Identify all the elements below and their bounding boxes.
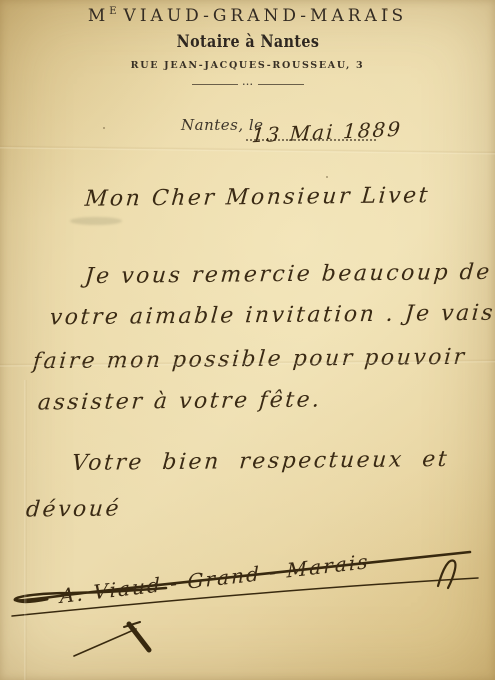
letter-page: MEVIAUD-GRAND-MARAIS Notaire à Nantes RU… <box>0 0 495 680</box>
divider-dots-ornament: ··· <box>242 80 253 88</box>
paper-speck <box>385 8 388 11</box>
paper-speck <box>103 127 105 129</box>
fold-crease-vertical <box>24 380 27 680</box>
ink-smudge <box>70 217 122 225</box>
letterhead-title: Notaire à Nantes <box>176 32 319 52</box>
letterhead-title-row: Notaire à Nantes <box>0 32 495 52</box>
letterhead-divider: ··· <box>192 80 304 88</box>
letterhead-address: RUE JEAN-JACQUES-ROUSSEAU, 3 <box>0 60 495 71</box>
salutation-line: Mon Cher Monsieur Livet <box>84 183 431 212</box>
pen-mark-line <box>74 629 136 656</box>
body-line: Je vous remercie beaucoup de <box>84 260 493 289</box>
body-line: votre aimable invitation . Je vais <box>49 301 495 331</box>
handwritten-date: 13 Mai 1889 <box>251 117 403 148</box>
letterhead-name-rest: VIAUD-GRAND-MARAIS <box>124 6 408 26</box>
letterhead-name-prefix: M <box>88 6 109 26</box>
paper-speck <box>326 176 328 178</box>
letterhead-name: MEVIAUD-GRAND-MARAIS <box>0 6 495 26</box>
letterhead-name-superscript: E <box>109 6 117 17</box>
closing-line: dévoué <box>25 497 122 523</box>
body-line: assister à votre fête. <box>37 388 323 416</box>
pen-mark-stroke <box>129 624 149 650</box>
fold-crease-top <box>0 145 495 155</box>
date-dotted-rule: 13 Mai 1889 <box>246 114 376 141</box>
closing-line: Votre bien respectueux et <box>71 447 450 476</box>
